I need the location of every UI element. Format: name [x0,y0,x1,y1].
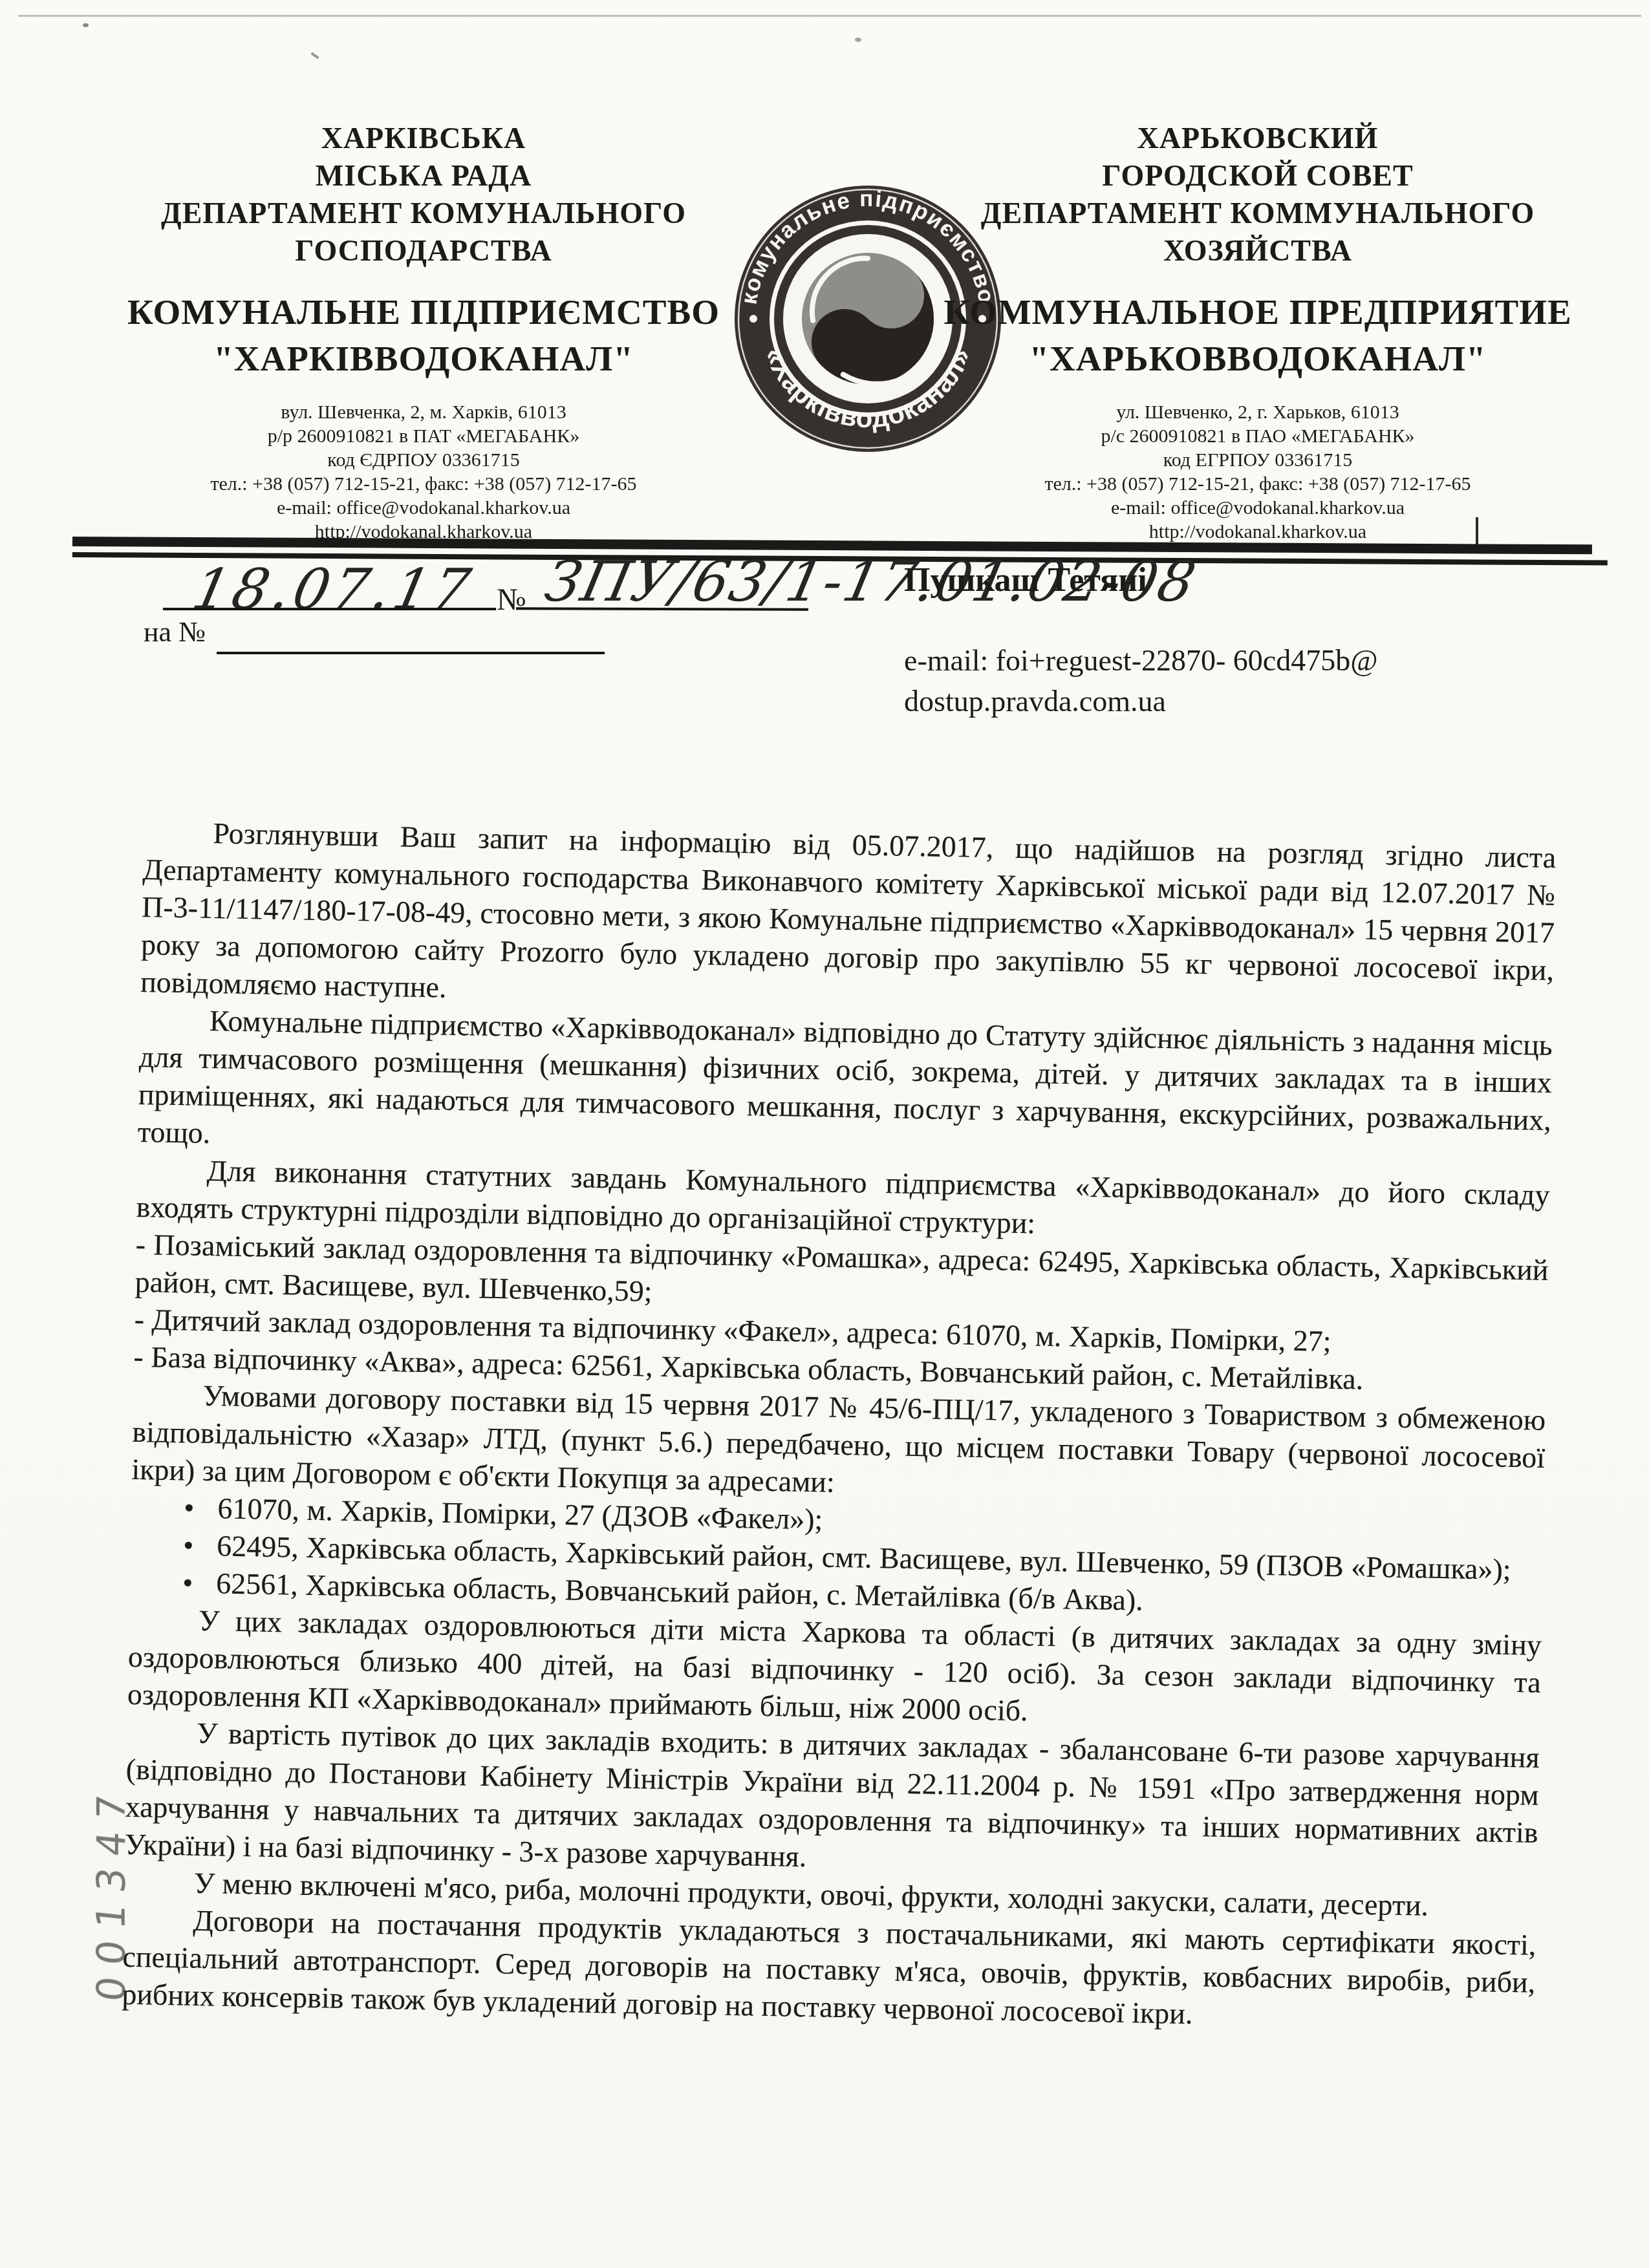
email-line: e-mail: office@vodokanal.kharkov.ua [97,496,750,520]
company-line: КОМУНАЛЬНЕ ПІДПРИЄМСТВО [97,289,750,336]
scan-speck [83,23,89,27]
on-number-underline [217,652,605,654]
org-line: ГОРОДСКОЙ СОВЕТ [925,157,1591,195]
org-line: ГОСПОДАРСТВА [97,232,750,270]
letterhead-left: ХАРКІВСЬКА МІСЬКА РАДА ДЕПАРТАМЕНТ КОМУН… [97,120,750,544]
org-line: МІСЬКА РАДА [97,157,750,195]
contact-block-ru: ул. Шевченко, 2, г. Харьков, 61013 р/с 2… [925,400,1591,544]
org-line: ХОЗЯЙСТВА [925,232,1591,270]
seal-side-dot [749,315,757,323]
org-line: ХАРЬКОВСКИЙ [925,120,1591,157]
org-line: ДЕПАРТАМЕНТ КОМУНАЛЬНОГО [97,195,750,232]
recipient-email-line2: dostup.pravda.com.ua [904,684,1166,718]
on-number-label: на № [144,615,206,648]
body-paragraph: Розглянувши Ваш запит на інформацію від … [140,813,1557,1027]
scan-speck [310,52,319,59]
date-underline [163,608,496,610]
company-line: "ХАРКІВВОДОКАНАЛ" [97,336,750,382]
company-name-uk: КОМУНАЛЬНЕ ПІДПРИЄМСТВО "ХАРКІВВОДОКАНАЛ… [97,289,750,382]
body-paragraph: Комунальне підприємство «Харківводоканал… [137,1001,1553,1177]
letterhead-right: ХАРЬКОВСКИЙ ГОРОДСКОЙ СОВЕТ ДЕПАРТАМЕНТ … [925,120,1591,544]
org-line: ДЕПАРТАМЕНТ КОММУНАЛЬНОГО [925,195,1591,232]
number-sign: № [497,582,526,617]
bullet-icon: • [183,1528,217,1562]
bank-account-line: р/р 2600910821 в ПАТ «МЕГАБАНК» [97,424,750,448]
contact-block-uk: вул. Шевченка, 2, м. Харків, 61013 р/р 2… [97,400,750,544]
bank-account-line: р/с 2600910821 в ПАО «МЕГАБАНК» [925,424,1591,448]
org-name-ru: ХАРЬКОВСКИЙ ГОРОДСКОЙ СОВЕТ ДЕПАРТАМЕНТ … [925,120,1591,270]
letter-body: Розглянувши Ваш запит на інформацію від … [122,813,1557,2039]
company-line: "ХАРЬКОВВОДОКАНАЛ" [925,336,1591,382]
recipient-name: Пушкаш Тетяні [904,561,1147,599]
address-line: ул. Шевченко, 2, г. Харьков, 61013 [925,400,1591,424]
ref-date-handwritten: 18.07.17 [187,557,479,622]
body-paragraph: У вартість путівок до цих закладів входи… [124,1713,1540,1889]
email-line: e-mail: office@vodokanal.kharkov.ua [925,496,1591,520]
phone-fax-line: тел.: +38 (057) 712-15-21, факс: +38 (05… [97,472,750,496]
scan-edge-line [18,15,1641,17]
edrpou-code-line: код ЄДРПОУ 03361715 [97,448,750,472]
bullet-icon: • [184,1491,218,1524]
org-name-uk: ХАРКІВСЬКА МІСЬКА РАДА ДЕПАРТАМЕНТ КОМУН… [97,120,750,270]
bullet-icon: • [182,1566,217,1599]
phone-fax-line: тел.: +38 (057) 712-15-21, факс: +38 (05… [925,472,1591,496]
recipient-email-line1: e-mail: foi+reguest-22870- 60cd475b@ [904,643,1378,678]
company-line: КОММУНАЛЬНОЕ ПРЕДПРИЯТИЕ [925,289,1591,336]
scanned-letter-page: ХАРКІВСЬКА МІСЬКА РАДА ДЕПАРТАМЕНТ КОМУН… [0,0,1649,2268]
egrpou-code-line: код ЕГРПОУ 03361715 [925,448,1591,472]
registration-stamp-number: 001347 [89,1781,135,2004]
scan-speck [855,37,861,42]
website-line: http://vodokanal.kharkov.ua [925,520,1591,544]
company-name-ru: КОММУНАЛЬНОЕ ПРЕДПРИЯТИЕ "ХАРЬКОВВОДОКАН… [925,289,1591,382]
org-line: ХАРКІВСЬКА [97,120,750,157]
address-line: вул. Шевченка, 2, м. Харків, 61013 [97,400,750,424]
